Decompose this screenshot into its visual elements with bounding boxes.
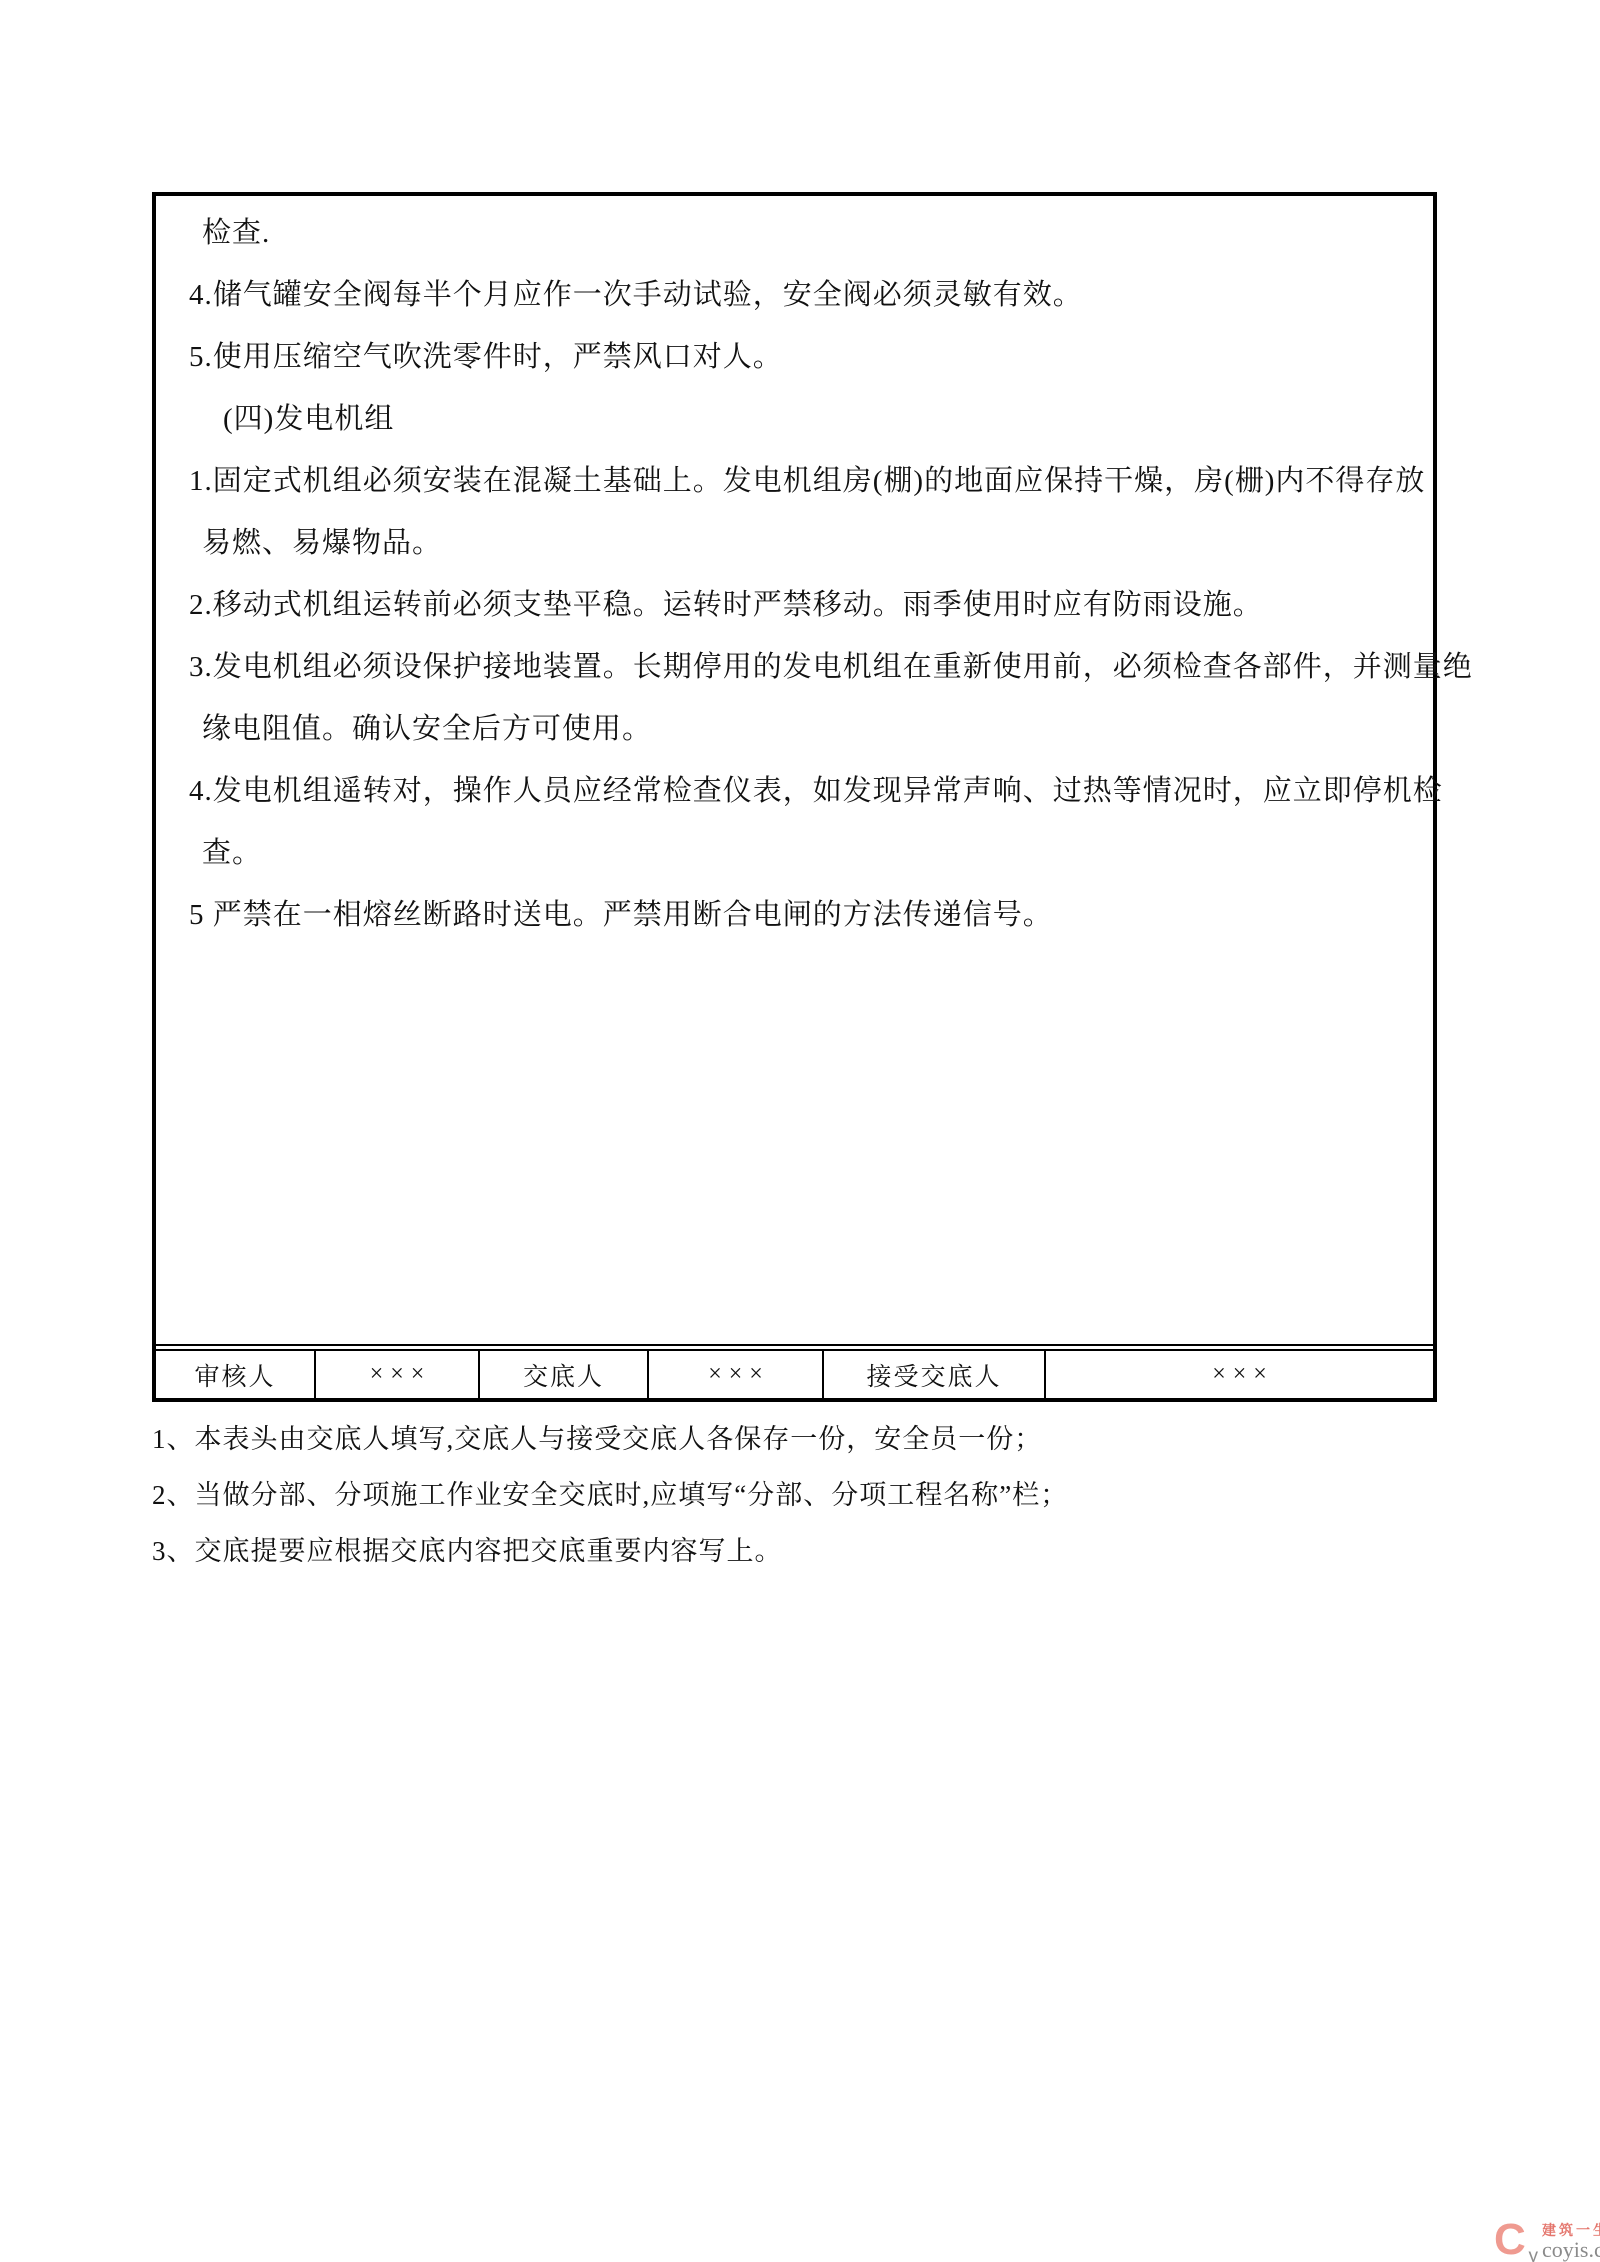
disclosure-text-line: 5 严禁在一相熔丝断路时送电。严禁用断合电闸的方法传递信号。: [156, 898, 1433, 933]
section-heading: (四)发电机组: [156, 402, 1433, 437]
safety-disclosure-document-box: 检查. 4.储气罐安全阀每半个月应作一次手动试验，安全阀必须灵敏有效。 5.使用…: [152, 192, 1437, 1402]
recipient-label-cell: 接受交底人: [824, 1351, 1046, 1398]
discloser-value-cell: ×××: [649, 1351, 824, 1398]
disclosure-text-line: 4.发电机组遥转对，操作人员应经常检查仪表，如发现异常声响、过热等情况时，应立即…: [156, 774, 1433, 809]
disclosure-text-line: 易燃、易爆物品。: [156, 526, 1433, 561]
disclosure-text-line: 5.使用压缩空气吹洗零件时，严禁风口对人。: [156, 340, 1433, 375]
footnote-line: 1、本表头由交底人填写,交底人与接受交底人各保存一份，安全员一份；: [152, 1422, 1068, 1456]
watermark-site: coyis.com: [1542, 2238, 1600, 2262]
watermark-logo-y-icon: y: [1529, 2247, 1539, 2262]
disclosure-text-line: 缘电阻值。确认安全后方可使用。: [156, 712, 1433, 747]
signature-row: 审核人 ××× 交底人 ××× 接受交底人 ×××: [156, 1344, 1433, 1398]
disclosure-text-line: 检查.: [156, 216, 1433, 251]
disclosure-text-line: 1.固定式机组必须安装在混凝土基础上。发电机组房(棚)的地面应保持干燥，房(栅)…: [156, 464, 1433, 499]
disclosure-text-line: 3.发电机组必须设保护接地装置。长期停用的发电机组在重新使用前，必须检查各部件，…: [156, 650, 1433, 685]
watermark: C y 建筑一生 coyis.com: [1494, 2219, 1600, 2262]
watermark-logo-c-icon: C: [1494, 2215, 1526, 2262]
disclosure-text-line: 4.储气罐安全阀每半个月应作一次手动试验，安全阀必须灵敏有效。: [156, 278, 1433, 313]
footnote-line: 2、当做分部、分项施工作业安全交底时,应填写“分部、分项工程名称”栏；: [152, 1478, 1068, 1512]
disclosure-text-line: 2.移动式机组运转前必须支垫平稳。运转时严禁移动。雨季使用时应有防雨设施。: [156, 588, 1433, 623]
disclosure-content: 检查. 4.储气罐安全阀每半个月应作一次手动试验，安全阀必须灵敏有效。 5.使用…: [156, 196, 1433, 960]
reviewer-label-cell: 审核人: [156, 1351, 316, 1398]
discloser-label-cell: 交底人: [480, 1351, 649, 1398]
footnotes: 1、本表头由交底人填写,交底人与接受交底人各保存一份，安全员一份； 2、当做分部…: [152, 1422, 1068, 1590]
reviewer-value-cell: ×××: [316, 1351, 480, 1398]
disclosure-text-line: 查。: [156, 836, 1433, 871]
watermark-logo: C y: [1494, 2219, 1534, 2262]
watermark-text: 建筑一生 coyis.com: [1542, 2219, 1600, 2262]
recipient-value-cell: ×××: [1046, 1351, 1433, 1398]
footnote-line: 3、交底提要应根据交底内容把交底重要内容写上。: [152, 1534, 1068, 1568]
watermark-brand: 建筑一生: [1542, 2222, 1600, 2238]
